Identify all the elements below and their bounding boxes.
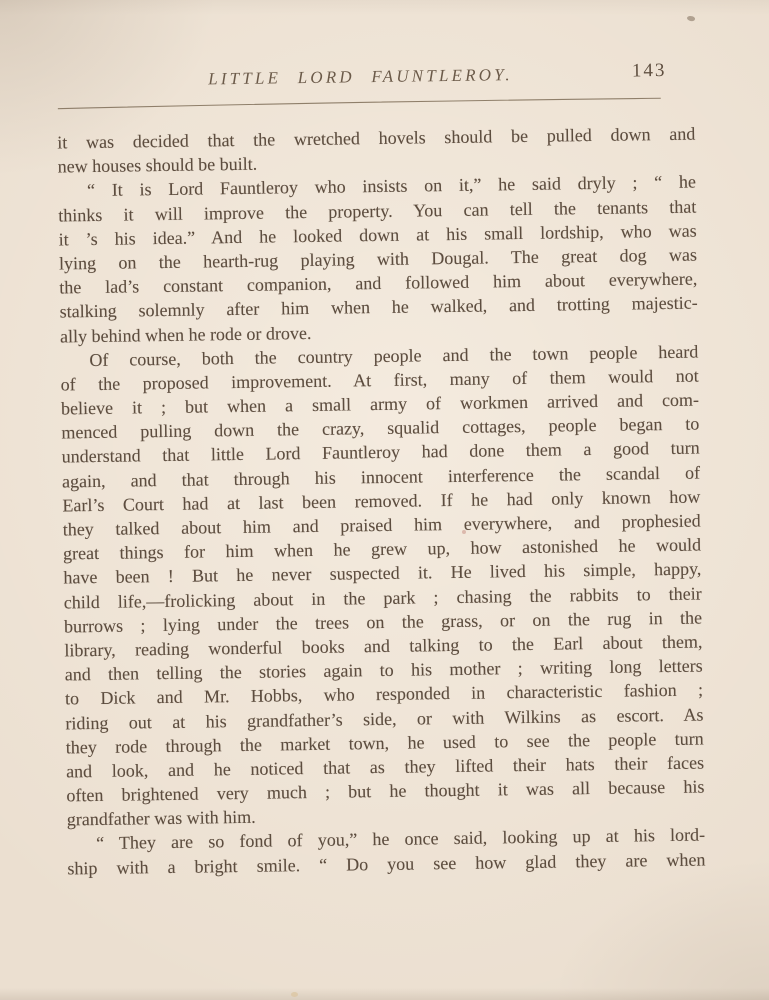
page-number: 143	[632, 60, 667, 82]
dust-speck	[291, 992, 298, 997]
page-scan-content: LITTLE LORD FAUNTLEROY. 143 it was decid…	[56, 56, 706, 895]
header-rule-line	[57, 96, 663, 110]
running-title: LITTLE LORD FAUNTLEROY.	[208, 65, 513, 89]
dust-speck	[686, 15, 695, 22]
book-page: LITTLE LORD FAUNTLEROY. 143 it was decid…	[0, 0, 769, 1000]
text-block: it was decided that the wretched hovels …	[57, 122, 705, 881]
